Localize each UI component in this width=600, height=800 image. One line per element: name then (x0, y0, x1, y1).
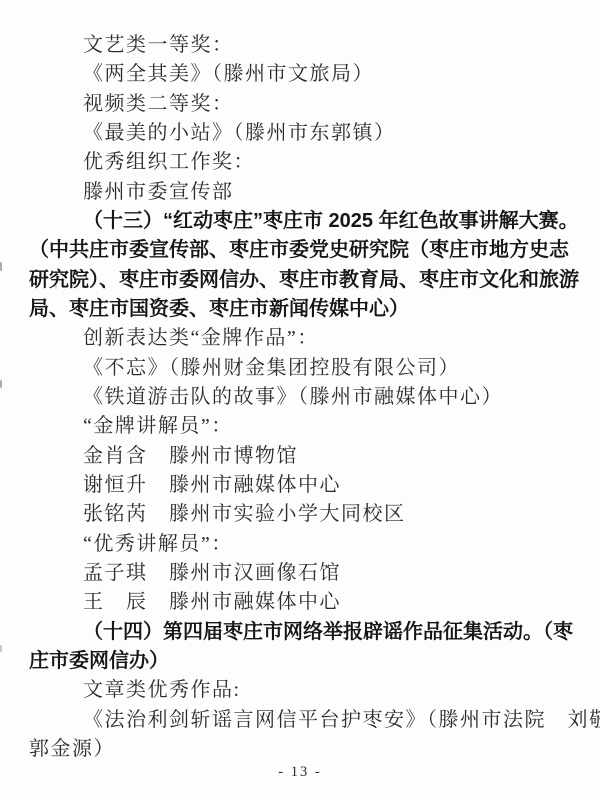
text-line: 《两全其美》（滕州市文旅局） (29, 60, 580, 89)
scan-artifact (0, 380, 2, 388)
text-line: 《不忘》（滕州财金集团控股有限公司） (29, 354, 580, 383)
scan-artifact (0, 262, 2, 271)
text-line: 谢恒升 滕州市融媒体中心 (29, 471, 580, 500)
scan-artifact (55, 284, 57, 289)
text-line: “优秀讲解员”： (29, 530, 580, 559)
text-line: “金牌讲解员”： (29, 412, 580, 441)
text-line: 张铭芮 滕州市实验小学大同校区 (29, 500, 580, 529)
text-line: 金肖含 滕州市博物馆 (29, 442, 580, 471)
text-line: 局、枣庄市国资委、枣庄市新闻传媒中心） (29, 295, 580, 324)
text-line: （十三）“红动枣庄”枣庄市 2025 年红色故事讲解大赛。 (29, 207, 580, 236)
text-line: 视频类二等奖： (29, 90, 580, 119)
text-line: 创新表达类“金牌作品”： (29, 324, 580, 353)
text-line: 优秀组织工作奖： (29, 148, 580, 177)
text-line: 文艺类一等奖： (29, 31, 580, 60)
text-line: 庄市委网信办） (29, 647, 580, 676)
text-line: 滕州市委宣传部 (29, 178, 580, 207)
text-line: 《法治利剑斩谣言网信平台护枣安》（滕州市法院 刘敬娟 (29, 706, 580, 735)
text-line: 研究院）、枣庄市委网信办、枣庄市教育局、枣庄市文化和旅游 (29, 266, 580, 295)
page-number: - 13 - (0, 764, 600, 781)
text-line: 《最美的小站》（滕州市东郭镇） (29, 119, 580, 148)
text-line: 文章类优秀作品: (29, 676, 580, 705)
document-body: 文艺类一等奖：《两全其美》（滕州市文旅局）视频类二等奖：《最美的小站》（滕州市东… (29, 31, 580, 764)
scan-artifact (0, 645, 2, 652)
text-line: （中共庄市委宣传部、枣庄市委党史研究院（枣庄市地方史志 (29, 236, 580, 265)
document-page: 文艺类一等奖：《两全其美》（滕州市文旅局）视频类二等奖：《最美的小站》（滕州市东… (0, 0, 600, 800)
text-line: 郭金源） (29, 735, 580, 764)
text-line: 孟子琪 滕州市汉画像石馆 (29, 559, 580, 588)
text-line: 《铁道游击队的故事》（滕州市融媒体中心） (29, 383, 580, 412)
text-line: （十四）第四届枣庄市网络举报辟谣作品征集活动。（枣 (29, 618, 580, 647)
text-line: 王 辰 滕州市融媒体中心 (29, 588, 580, 617)
